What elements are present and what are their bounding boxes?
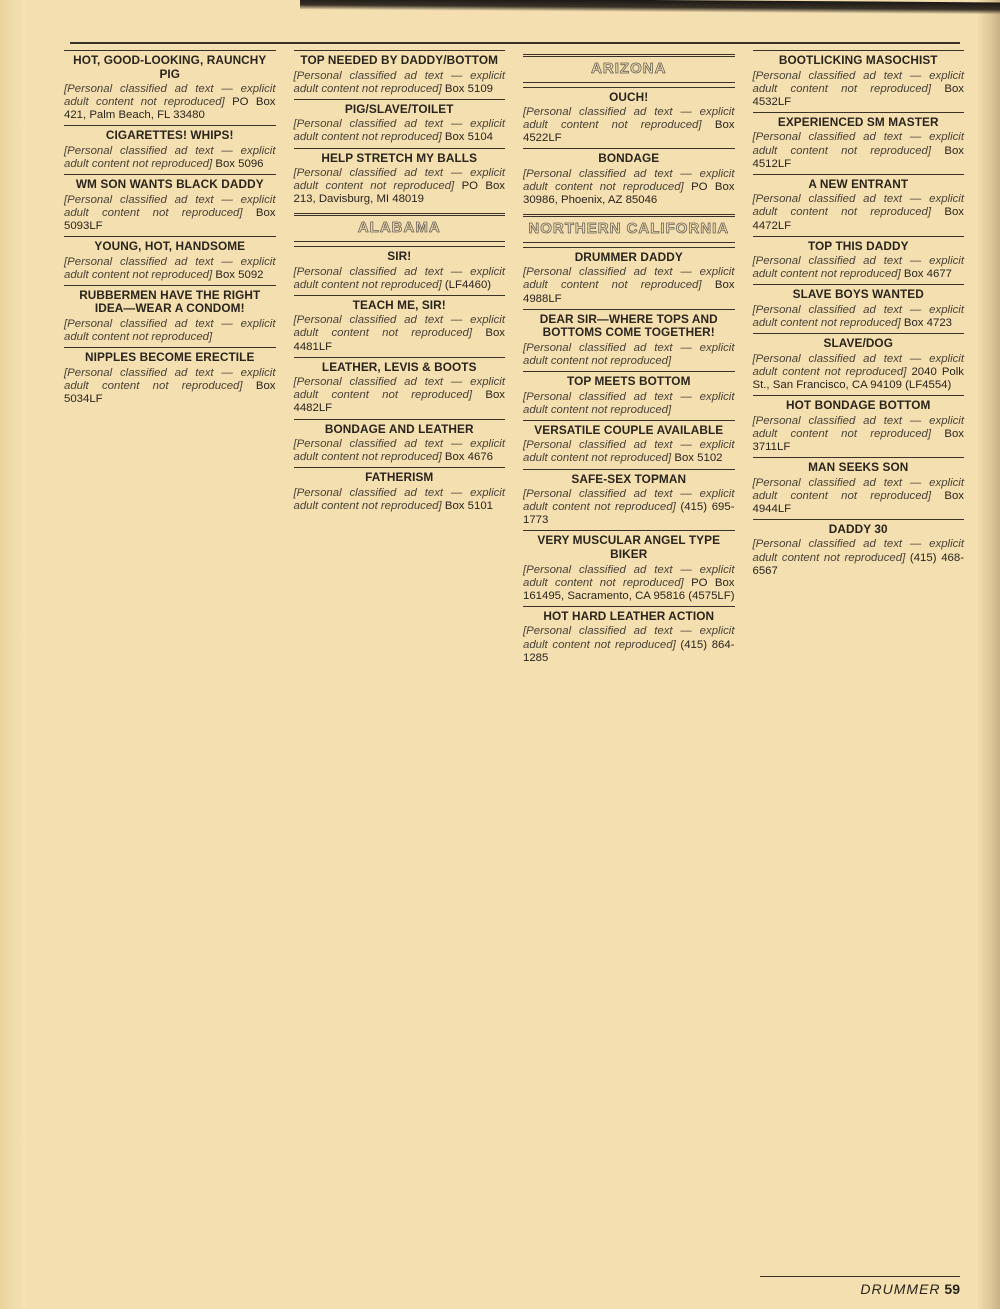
ad-heading: Top This Daddy bbox=[753, 240, 965, 254]
column-3: ArizonaOuch![Personal classified ad text… bbox=[523, 50, 735, 1240]
ad-body-placeholder: [Personal classified ad text — explicit … bbox=[64, 318, 276, 343]
ad-body-placeholder: [Personal classified ad text — explicit … bbox=[753, 193, 965, 218]
region-header: Arizona bbox=[523, 54, 735, 83]
ad-heading: Rubbermen Have the Right Idea—Wear a Con… bbox=[64, 289, 276, 316]
ad-heading: Fatherism bbox=[294, 471, 506, 485]
ad-reply-info: Box 4676 bbox=[445, 451, 493, 463]
classified-ad: Sir![Personal classified ad text — expli… bbox=[294, 246, 506, 292]
ad-heading: Teach Me, Sir! bbox=[294, 299, 506, 313]
ad-heading: Help Stretch My Balls bbox=[294, 152, 506, 166]
ad-body: [Personal classified ad text — explicit … bbox=[753, 477, 965, 516]
ad-body: [Personal classified ad text — explicit … bbox=[294, 314, 506, 353]
ad-body: [Personal classified ad text — explicit … bbox=[753, 131, 965, 170]
classified-ad: Bootlicking Masochist[Personal classifie… bbox=[753, 50, 965, 109]
ad-heading: Experienced SM Master bbox=[753, 116, 965, 130]
ad-heading: Slave Boys Wanted bbox=[753, 288, 965, 302]
ad-heading: Hot Bondage Bottom bbox=[753, 399, 965, 413]
top-rule bbox=[70, 42, 960, 44]
ad-heading: Daddy 30 bbox=[753, 523, 965, 537]
ad-body: [Personal classified ad text — explicit … bbox=[64, 256, 276, 282]
ad-body: [Personal classified ad text — explicit … bbox=[753, 255, 965, 281]
classified-ad: Teach Me, Sir![Personal classified ad te… bbox=[294, 295, 506, 354]
classified-ad: Experienced SM Master[Personal classifie… bbox=[753, 112, 965, 171]
region-header: Alabama bbox=[294, 213, 506, 242]
ad-body: [Personal classified ad text — explicit … bbox=[753, 538, 965, 577]
ad-body: [Personal classified ad text — explicit … bbox=[523, 564, 735, 603]
ad-reply-info: Box 4677 bbox=[904, 268, 952, 280]
ad-body: [Personal classified ad text — explicit … bbox=[294, 266, 506, 292]
classified-ad: Leather, Levis & Boots[Personal classifi… bbox=[294, 357, 506, 416]
page-number: 59 bbox=[944, 1281, 960, 1297]
classified-ad: Slave Boys Wanted[Personal classified ad… bbox=[753, 284, 965, 330]
ad-body: [Personal classified ad text — explicit … bbox=[523, 439, 735, 465]
ad-body-placeholder: [Personal classified ad text — explicit … bbox=[753, 415, 965, 440]
ad-heading: Slave/Dog bbox=[753, 337, 965, 351]
ad-body-placeholder: [Personal classified ad text — explicit … bbox=[294, 314, 506, 339]
ad-heading: A New Entrant bbox=[753, 178, 965, 192]
ad-body: [Personal classified ad text — explicit … bbox=[64, 145, 276, 171]
classified-ad: Rubbermen Have the Right Idea—Wear a Con… bbox=[64, 285, 276, 344]
ad-body: [Personal classified ad text — explicit … bbox=[294, 118, 506, 144]
classified-ad: Hot, Good-Looking, Raunchy Pig[Personal … bbox=[64, 50, 276, 122]
ad-reply-info: Box 5104 bbox=[445, 131, 493, 143]
ad-body-placeholder: [Personal classified ad text — explicit … bbox=[523, 106, 735, 131]
ad-body: [Personal classified ad text — explicit … bbox=[64, 318, 276, 344]
column-2: Top Needed by Daddy/Bottom[Personal clas… bbox=[294, 50, 506, 1240]
region-label: Arizona bbox=[523, 61, 735, 78]
ad-heading: Pig/Slave/Toilet bbox=[294, 103, 506, 117]
ad-heading: Safe-Sex Topman bbox=[523, 473, 735, 487]
ad-heading: Hot, Good-Looking, Raunchy Pig bbox=[64, 54, 276, 81]
ad-heading: Drummer Daddy bbox=[523, 251, 735, 265]
ad-heading: Ouch! bbox=[523, 91, 735, 105]
ad-heading: Young, Hot, Handsome bbox=[64, 240, 276, 254]
ad-reply-info: Box 5101 bbox=[445, 500, 493, 512]
classified-ad: Dear Sir—Where Tops and Bottoms Come Tog… bbox=[523, 309, 735, 368]
ad-body: [Personal classified ad text — explicit … bbox=[523, 168, 735, 207]
ad-heading: Dear Sir—Where Tops and Bottoms Come Tog… bbox=[523, 313, 735, 340]
ad-heading: Very Muscular Angel Type Biker bbox=[523, 534, 735, 561]
classified-ad: Safe-Sex Topman[Personal classified ad t… bbox=[523, 469, 735, 528]
ad-body: [Personal classified ad text — explicit … bbox=[294, 376, 506, 415]
ad-body-placeholder: [Personal classified ad text — explicit … bbox=[64, 367, 276, 392]
ad-body: [Personal classified ad text — explicit … bbox=[523, 266, 735, 305]
ad-body: [Personal classified ad text — explicit … bbox=[294, 487, 506, 513]
classified-ad: Daddy 30[Personal classified ad text — e… bbox=[753, 519, 965, 578]
classified-ad: Hot Hard Leather Action[Personal classif… bbox=[523, 606, 735, 665]
ad-reply-info: Box 4723 bbox=[904, 317, 952, 329]
ad-body: [Personal classified ad text — explicit … bbox=[294, 167, 506, 206]
classified-ad: Fatherism[Personal classified ad text — … bbox=[294, 467, 506, 513]
classified-ad: Top Needed by Daddy/Bottom[Personal clas… bbox=[294, 50, 506, 96]
classified-ad: Ouch![Personal classified ad text — expl… bbox=[523, 87, 735, 146]
ad-body: [Personal classified ad text — explicit … bbox=[753, 193, 965, 232]
ad-heading: Sir! bbox=[294, 250, 506, 264]
ad-body-placeholder: [Personal classified ad text — explicit … bbox=[753, 131, 965, 156]
ad-heading: Bondage bbox=[523, 152, 735, 166]
ad-heading: Top Meets Bottom bbox=[523, 375, 735, 389]
classified-ad: Very Muscular Angel Type Biker[Personal … bbox=[523, 530, 735, 602]
classified-ad: A New Entrant[Personal classified ad tex… bbox=[753, 174, 965, 233]
ad-heading: Nipples Become Erectile bbox=[64, 351, 276, 365]
ad-heading: Cigarettes! Whips! bbox=[64, 129, 276, 143]
page-gutter-left bbox=[0, 0, 26, 1309]
ad-reply-info: (LF4460) bbox=[445, 279, 491, 291]
ad-heading: Man Seeks Son bbox=[753, 461, 965, 475]
ad-body-placeholder: [Personal classified ad text — explicit … bbox=[753, 477, 965, 502]
ad-reply-info: Box 5102 bbox=[674, 452, 722, 464]
classified-ad: Top Meets Bottom[Personal classified ad … bbox=[523, 371, 735, 417]
ad-body: [Personal classified ad text — explicit … bbox=[523, 391, 735, 417]
ad-body: [Personal classified ad text — explicit … bbox=[753, 353, 965, 392]
classified-ad: WM Son Wants Black Daddy[Personal classi… bbox=[64, 174, 276, 233]
column-4: Bootlicking Masochist[Personal classifie… bbox=[753, 50, 965, 1240]
classified-ad: Slave/Dog[Personal classified ad text — … bbox=[753, 333, 965, 392]
ad-body: [Personal classified ad text — explicit … bbox=[294, 438, 506, 464]
ad-body: [Personal classified ad text — explicit … bbox=[523, 342, 735, 368]
ad-body: [Personal classified ad text — explicit … bbox=[64, 83, 276, 122]
ad-body-placeholder: [Personal classified ad text — explicit … bbox=[753, 70, 965, 95]
ad-heading: Hot Hard Leather Action bbox=[523, 610, 735, 624]
region-label: Alabama bbox=[294, 220, 506, 237]
ad-body: [Personal classified ad text — explicit … bbox=[64, 194, 276, 233]
classified-ad: Nipples Become Erectile[Personal classif… bbox=[64, 347, 276, 406]
ad-heading: Leather, Levis & Boots bbox=[294, 361, 506, 375]
classified-ad: Versatile Couple Available[Personal clas… bbox=[523, 420, 735, 466]
ad-heading: WM Son Wants Black Daddy bbox=[64, 178, 276, 192]
ad-body: [Personal classified ad text — explicit … bbox=[753, 70, 965, 109]
page-folio: DRUMMER 59 bbox=[760, 1276, 960, 1297]
ad-reply-info: Box 5092 bbox=[215, 269, 263, 281]
classified-ad: Hot Bondage Bottom[Personal classified a… bbox=[753, 395, 965, 454]
ad-body: [Personal classified ad text — explicit … bbox=[294, 70, 506, 96]
ad-body-placeholder: [Personal classified ad text — explicit … bbox=[523, 266, 735, 291]
ad-heading: Top Needed by Daddy/Bottom bbox=[294, 54, 506, 68]
ad-body: [Personal classified ad text — explicit … bbox=[64, 367, 276, 406]
ad-body-placeholder: [Personal classified ad text — explicit … bbox=[294, 376, 506, 401]
ad-body: [Personal classified ad text — explicit … bbox=[523, 488, 735, 527]
ad-body-placeholder: [Personal classified ad text — explicit … bbox=[523, 342, 735, 367]
ad-body-placeholder: [Personal classified ad text — explicit … bbox=[64, 194, 276, 219]
ad-heading: Versatile Couple Available bbox=[523, 424, 735, 438]
classified-ad: Drummer Daddy[Personal classified ad tex… bbox=[523, 247, 735, 306]
ad-body: [Personal classified ad text — explicit … bbox=[753, 415, 965, 454]
ad-reply-info: Box 5096 bbox=[215, 158, 263, 170]
classified-ad: Man Seeks Son[Personal classified ad tex… bbox=[753, 457, 965, 516]
column-1: Hot, Good-Looking, Raunchy Pig[Personal … bbox=[64, 50, 276, 1240]
ad-heading: Bondage and Leather bbox=[294, 423, 506, 437]
classified-ad: Cigarettes! Whips![Personal classified a… bbox=[64, 125, 276, 171]
classifieds-columns: Hot, Good-Looking, Raunchy Pig[Personal … bbox=[64, 50, 964, 1240]
page-edge-right bbox=[978, 0, 1000, 1309]
ad-body: [Personal classified ad text — explicit … bbox=[753, 304, 965, 330]
scan-shadow bbox=[300, 0, 1000, 14]
classified-ad: Bondage and Leather[Personal classified … bbox=[294, 419, 506, 465]
classified-ad: Bondage[Personal classified ad text — ex… bbox=[523, 148, 735, 207]
ad-body: [Personal classified ad text — explicit … bbox=[523, 106, 735, 145]
ad-heading: Bootlicking Masochist bbox=[753, 54, 965, 68]
ad-body-placeholder: [Personal classified ad text — explicit … bbox=[523, 391, 735, 416]
region-header: Northern California bbox=[523, 214, 735, 243]
publication-name: DRUMMER bbox=[860, 1281, 940, 1297]
region-label: Northern California bbox=[523, 221, 735, 238]
classified-ad: Help Stretch My Balls[Personal classifie… bbox=[294, 148, 506, 207]
classified-ad: Young, Hot, Handsome[Personal classified… bbox=[64, 236, 276, 282]
classified-ad: Pig/Slave/Toilet[Personal classified ad … bbox=[294, 99, 506, 145]
ad-body: [Personal classified ad text — explicit … bbox=[523, 625, 735, 664]
classified-ad: Top This Daddy[Personal classified ad te… bbox=[753, 236, 965, 282]
ad-reply-info: Box 5109 bbox=[445, 83, 493, 95]
